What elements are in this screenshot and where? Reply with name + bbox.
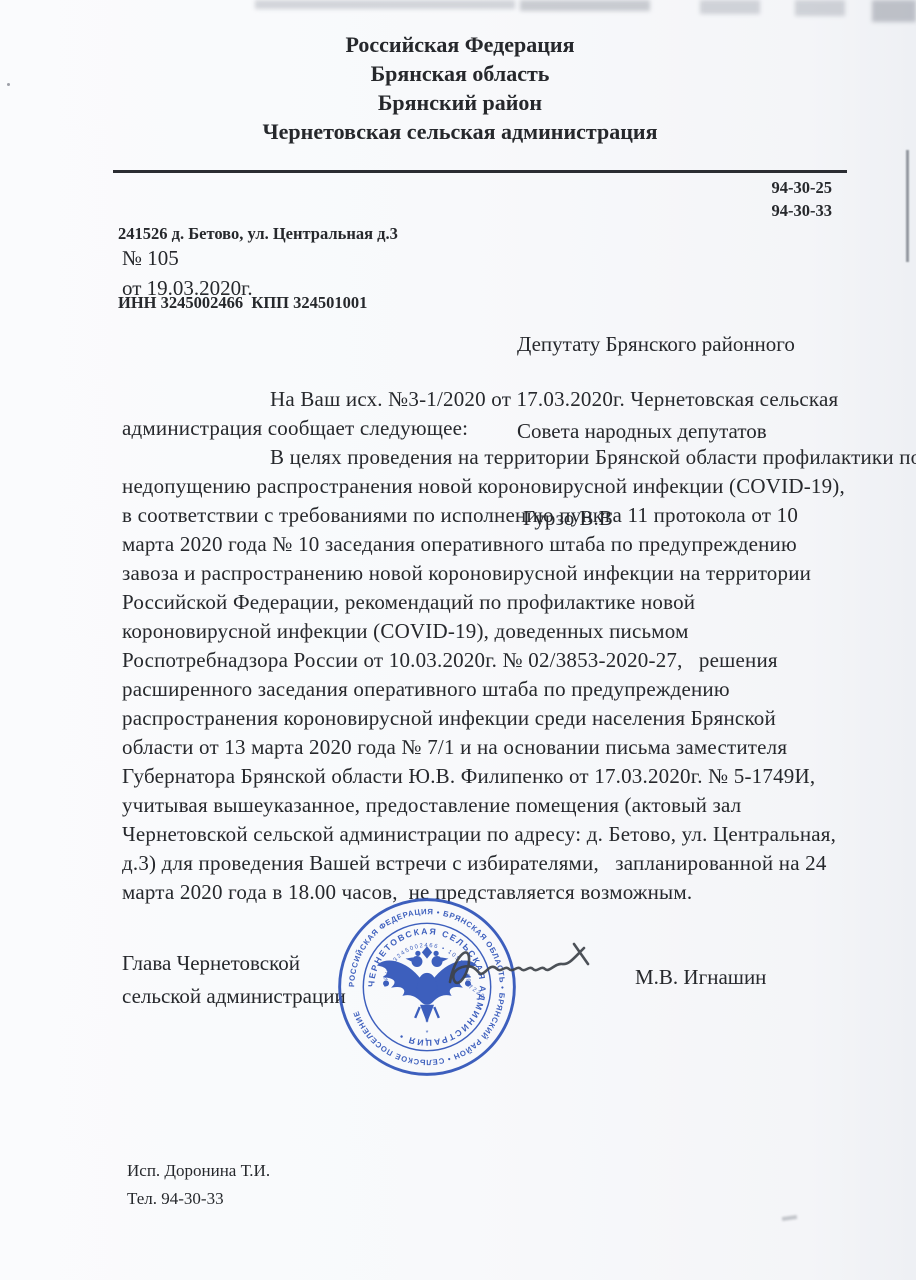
outgoing-number: № 105 xyxy=(122,243,253,273)
letterhead-title: Российская Федерация Брянская область Бр… xyxy=(90,30,830,146)
body-line: д.3) для проведения Вашей встречи с изби… xyxy=(122,849,916,878)
executor-phone: Тел. 94-30-33 xyxy=(127,1185,270,1213)
outgoing-ref: № 105 от 19.03.2020г. xyxy=(122,243,253,303)
letterhead-phone: 94-30-25 xyxy=(640,176,832,199)
body-line: короновирусной инфекции (COVID-19), дове… xyxy=(122,617,916,646)
scan-mark xyxy=(782,1215,797,1221)
scan-edge-line xyxy=(906,150,909,262)
body-line: в соответствии с требованиями по исполне… xyxy=(122,501,916,530)
scan-smudge xyxy=(700,0,760,14)
letterhead-phones: 94-30-25 94-30-33 xyxy=(640,176,832,222)
executor-name: Исп. Доронина Т.И. xyxy=(127,1157,270,1185)
body-line: Роспотребнадзора России от 10.03.2020г. … xyxy=(122,646,916,675)
body-line: администрация сообщает следующее: xyxy=(122,414,916,443)
body-line: Российской Федерации, рекомендаций по пр… xyxy=(122,588,916,617)
scan-smudge xyxy=(795,0,845,16)
signature-scribble xyxy=(436,920,616,1005)
body-line: области от 13 марта 2020 года № 7/1 и на… xyxy=(122,733,916,762)
body-paragraphs: На Ваш исх. №3-1/2020 от 17.03.2020г. Че… xyxy=(122,385,916,907)
signatory-role-line: Глава Чернетовской xyxy=(122,947,346,980)
body-line: Губернатора Брянской области Ю.В. Филипе… xyxy=(122,762,916,791)
body-line: недопущению распространения новой короно… xyxy=(122,472,916,501)
letterhead-title-line: Брянская область xyxy=(90,59,830,88)
body-line: Чернетовской сельской администрации по а… xyxy=(122,820,916,849)
body-line: На Ваш исх. №3-1/2020 от 17.03.2020г. Че… xyxy=(122,385,916,414)
body-line: В целях проведения на территории Брянско… xyxy=(122,443,916,472)
letterhead-title-line: Российская Федерация xyxy=(90,30,830,59)
signatory-name: М.В. Игнашин xyxy=(635,965,766,990)
body-line: марта 2020 года № 10 заседания оперативн… xyxy=(122,530,916,559)
letterhead-address-line: 241526 д. Бетово, ул. Центральная д.3 xyxy=(118,222,398,245)
body-line: учитывая вышеуказанное, предоставление п… xyxy=(122,791,916,820)
signature-scribble-svg xyxy=(436,920,616,1005)
letterhead-phone: 94-30-33 xyxy=(640,199,832,222)
stamp-bottom-star: * xyxy=(426,1028,429,1037)
signatory-role-line: сельской администрации xyxy=(122,980,346,1013)
executor-note: Исп. Доронина Т.И. Тел. 94-30-33 xyxy=(127,1157,270,1213)
scanned-letter-page: Российская Федерация Брянская область Бр… xyxy=(0,0,916,1280)
letterhead-title-line: Брянский район xyxy=(90,88,830,117)
body-line: завоза и распространению новой короновир… xyxy=(122,559,916,588)
signatory-role: Глава Чернетовской сельской администраци… xyxy=(122,947,346,1013)
body-line: расширенного заседания оперативного штаб… xyxy=(122,675,916,704)
body-line: марта 2020 года в 18.00 часов, не предст… xyxy=(122,878,916,907)
letterhead-divider xyxy=(113,170,847,173)
scan-smudge xyxy=(255,0,515,9)
outgoing-date: от 19.03.2020г. xyxy=(122,273,253,303)
scan-smudge xyxy=(872,0,916,22)
scan-speck xyxy=(7,83,10,86)
addressee-line: Депутату Брянского районного xyxy=(517,330,795,359)
letterhead-title-line: Чернетовская сельская администрация xyxy=(90,117,830,146)
scan-smudge xyxy=(520,0,650,11)
body-line: распространения короновирусной инфекции … xyxy=(122,704,916,733)
